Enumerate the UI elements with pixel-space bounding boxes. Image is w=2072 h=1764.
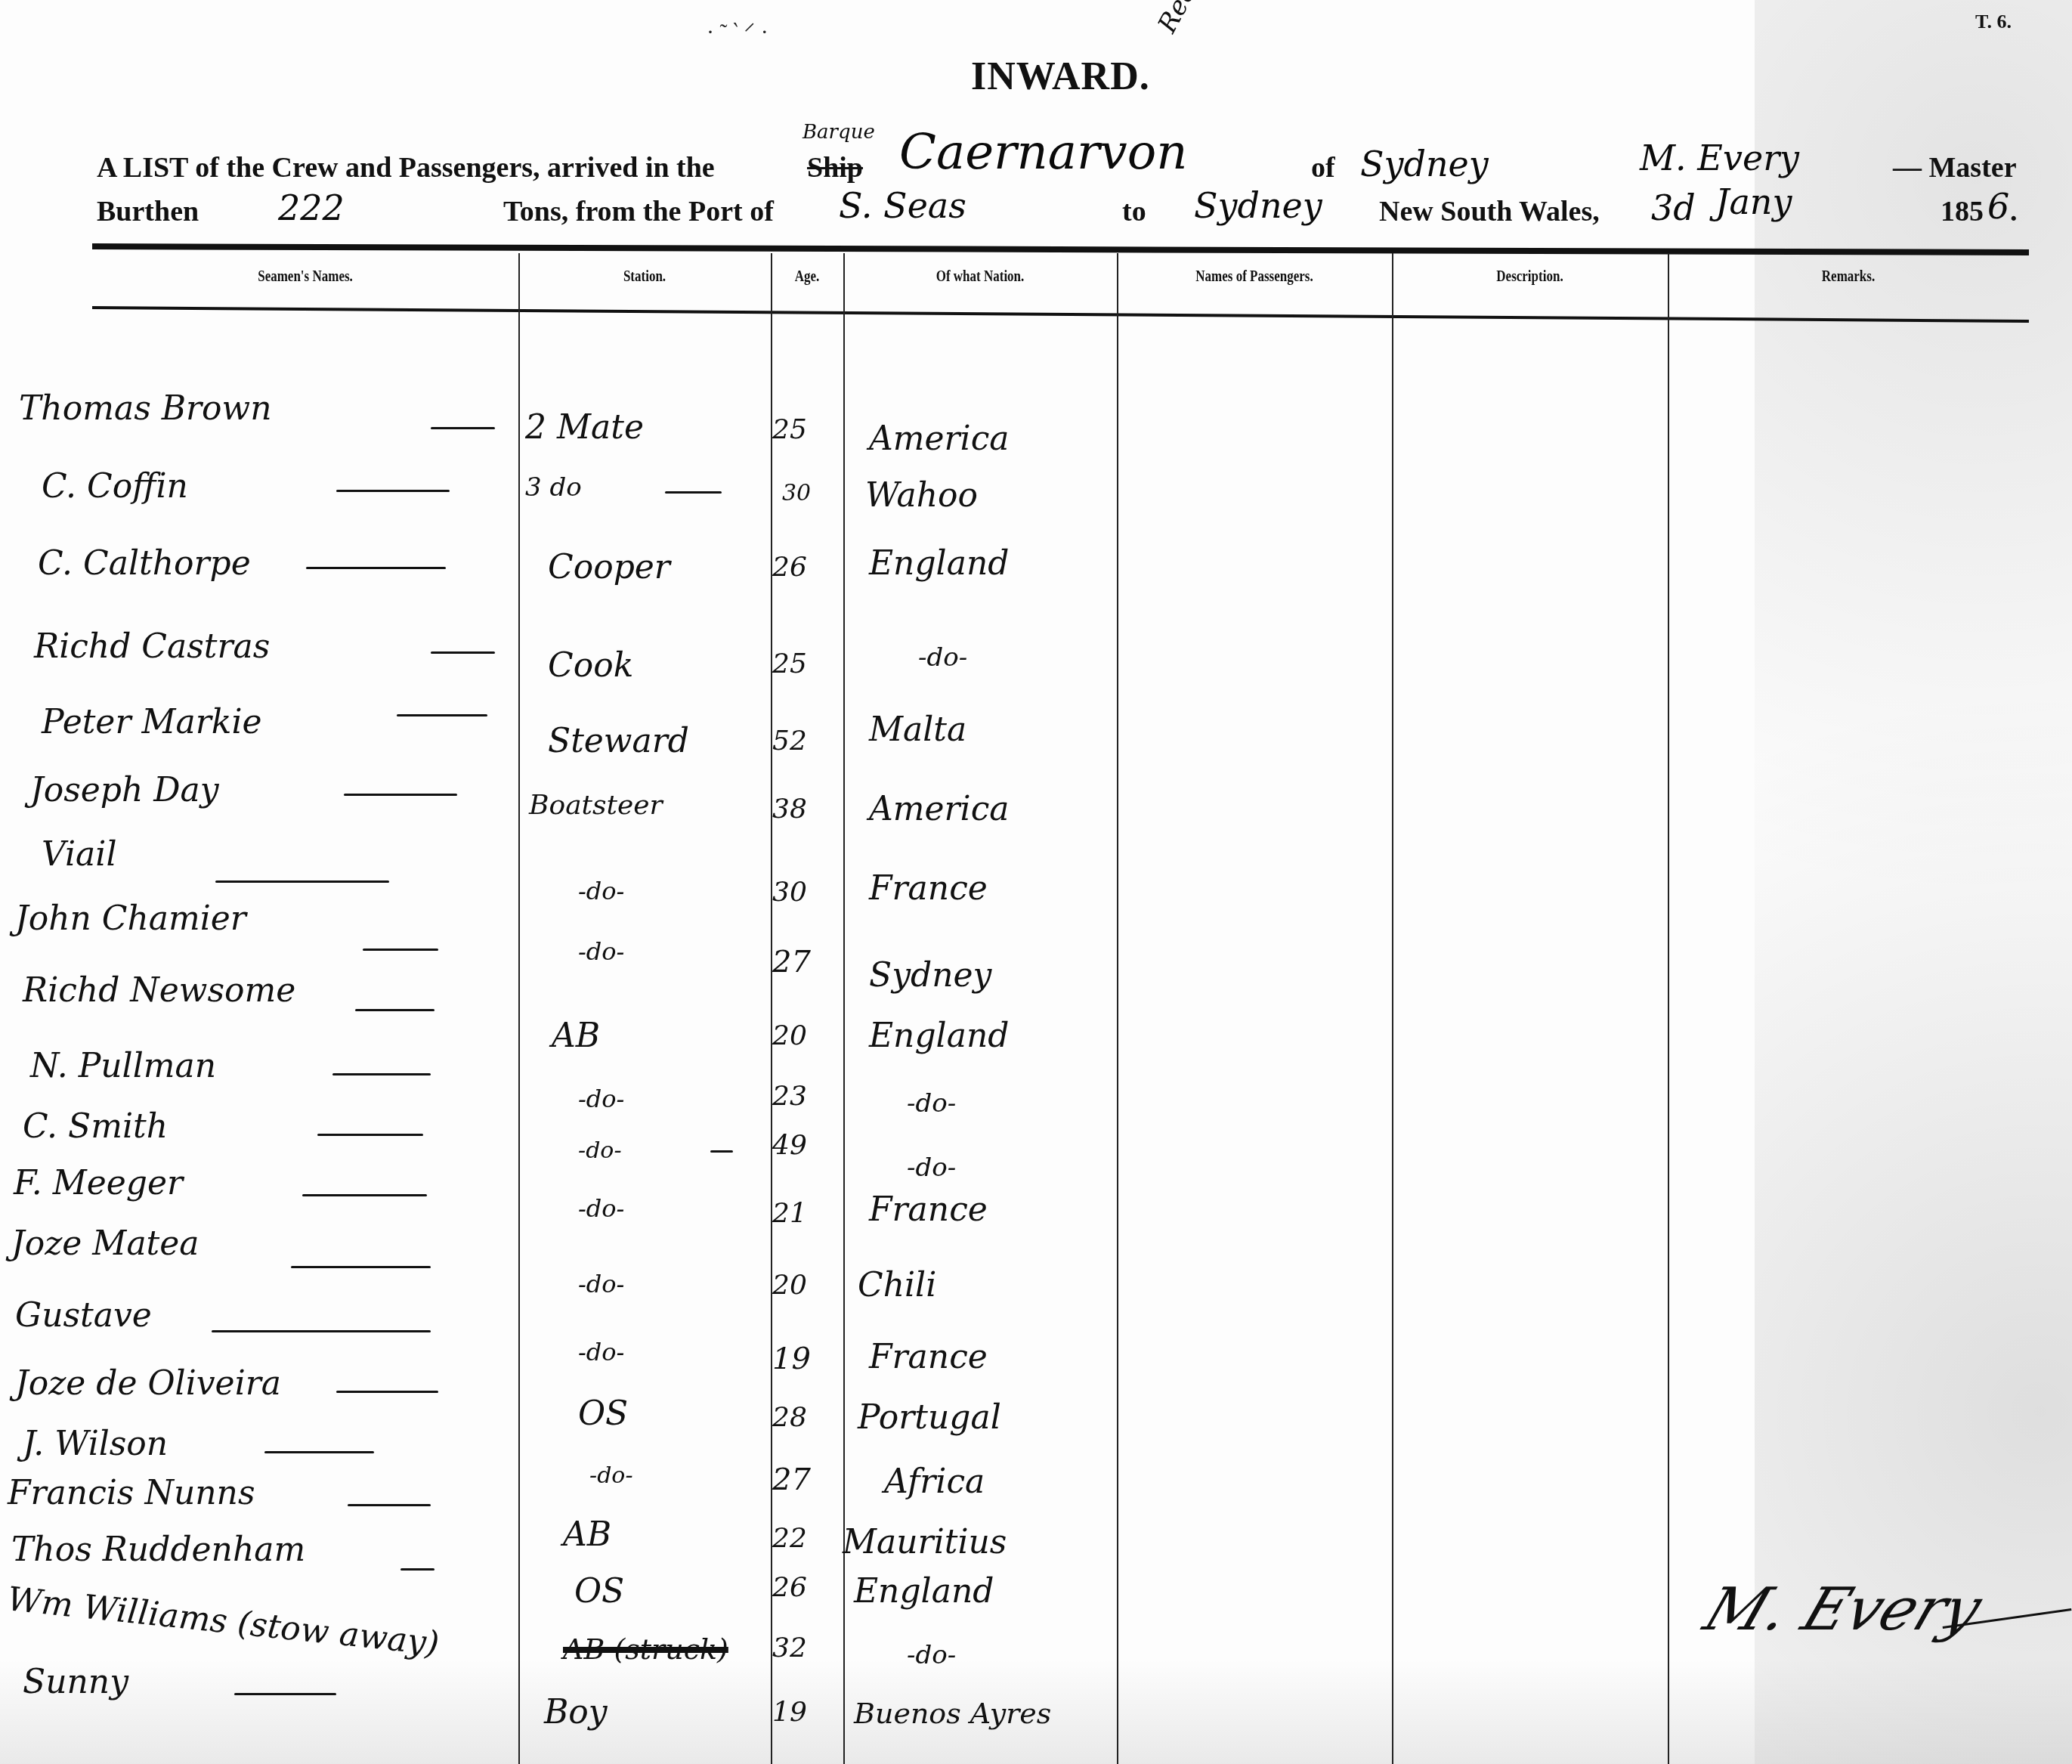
age: 23: [772, 1081, 807, 1112]
margin-notes: Recd 11 Jany 4 Novr BB: [1152, 0, 1327, 38]
age: 30: [782, 480, 811, 506]
seaman-name: Peter Markie: [42, 703, 262, 741]
to-port: Sydney: [1194, 185, 1322, 226]
station: OS: [578, 1394, 628, 1433]
form-reference: T. 6.: [1975, 11, 2012, 33]
nation: -do-: [907, 1088, 956, 1119]
seaman-name: John Chamier: [15, 899, 246, 938]
dash: [212, 1330, 431, 1332]
age: 32: [772, 1632, 807, 1663]
dash: [431, 651, 495, 654]
dash: [317, 1134, 423, 1136]
dash: [306, 567, 446, 569]
nation: France: [869, 1190, 988, 1229]
age: 27: [772, 945, 811, 979]
nation: France: [869, 869, 988, 908]
date-day: 3d: [1651, 187, 1696, 228]
seaman-name: Richd Castras: [34, 627, 270, 666]
dash: [336, 490, 450, 492]
column-header-nation: Of what Nation.: [864, 268, 1096, 286]
nation: -do-: [907, 1640, 956, 1670]
colony-label: New South Wales,: [1379, 195, 1600, 228]
column-header-description: Description.: [1412, 268, 1647, 286]
column-header-rule: [92, 306, 2029, 323]
age: 20: [772, 1270, 807, 1301]
tons-value: 222: [278, 187, 345, 228]
station: -do-: [589, 1462, 633, 1489]
station: -do-: [578, 877, 624, 905]
nation: Wahoo: [865, 476, 978, 515]
scan-noise-right: [1755, 0, 2072, 1764]
nation: France: [869, 1338, 988, 1376]
station: Cooper: [548, 548, 670, 586]
station: -do-: [578, 937, 624, 966]
master-name: M. Every: [1640, 138, 1799, 178]
document-title: INWARD.: [971, 54, 1150, 99]
year-end: .: [2010, 195, 2018, 228]
burthen-label: Burthen: [97, 195, 199, 228]
dash: [397, 714, 487, 716]
vessel-type-handwritten: Barque: [803, 121, 875, 144]
dash: [665, 491, 722, 494]
column-header-station: Station.: [537, 268, 752, 286]
seaman-name: N. Pullman: [30, 1047, 216, 1085]
station: AB: [563, 1515, 611, 1554]
dash: [336, 1391, 438, 1393]
station: Steward: [548, 722, 689, 760]
station: AB: [552, 1017, 600, 1055]
dash: [302, 1194, 427, 1196]
nation: -do-: [907, 1153, 956, 1183]
column-header-age: Age.: [776, 268, 838, 286]
of-label: of: [1311, 151, 1335, 184]
dash: [344, 794, 457, 796]
age: 22: [772, 1523, 807, 1554]
nation: England: [869, 544, 1009, 583]
station: -do-: [578, 1338, 624, 1366]
station: Boy: [544, 1693, 608, 1732]
dash: [355, 1009, 435, 1011]
tons-label: Tons, from the Port of: [503, 195, 774, 228]
seaman-name: Gustave: [15, 1296, 152, 1335]
seaman-name: J. Wilson: [23, 1425, 168, 1463]
dash: [400, 1568, 435, 1571]
nation: Chili: [858, 1266, 936, 1304]
to-label: to: [1122, 195, 1146, 228]
nation: America: [869, 790, 1010, 828]
age: 38: [772, 794, 807, 825]
vessel-type-printed: Ship: [807, 151, 863, 184]
nation: Sydney: [869, 956, 991, 995]
seaman-name: C. Calthorpe: [38, 544, 251, 583]
dash: [234, 1693, 336, 1695]
column-divider: [1117, 253, 1118, 1764]
station: -do-: [578, 1270, 624, 1298]
age: 25: [772, 414, 807, 445]
column-divider: [1668, 253, 1669, 1764]
seaman-name: C. Coffin: [42, 467, 188, 506]
station: 2 Mate: [525, 408, 644, 447]
seaman-name: C. Smith: [23, 1107, 168, 1146]
age: 27: [772, 1462, 811, 1497]
seaman-name: Francis Nunns: [8, 1474, 255, 1512]
nation: Africa: [884, 1462, 985, 1501]
age: 20: [772, 1020, 807, 1051]
age: 49: [772, 1130, 807, 1161]
nation: Mauritius: [843, 1523, 1007, 1561]
age: 26: [772, 552, 807, 583]
dash: [264, 1451, 374, 1453]
station: -do-: [578, 1194, 624, 1223]
age: 28: [772, 1402, 807, 1433]
station: Cook: [548, 646, 633, 685]
station: 3 do: [525, 472, 582, 503]
station: Boatsteer: [529, 790, 663, 821]
year-printed: 185: [1941, 195, 1984, 228]
year-handwritten-digit: 6: [1987, 186, 2009, 227]
dash: [431, 427, 495, 429]
seaman-name: F. Meeger: [14, 1164, 183, 1202]
column-divider: [1392, 253, 1393, 1764]
station: -do-: [578, 1085, 624, 1113]
seaman-name: Richd Newsome: [23, 971, 295, 1010]
from-port: S. Seas: [839, 185, 966, 226]
column-header-seamens-names: Seamen's Names.: [124, 268, 486, 286]
nation: Buenos Ayres: [854, 1697, 1051, 1730]
column-divider: [518, 253, 520, 1764]
seaman-name: Thomas Brown: [19, 389, 272, 428]
station: -do-: [578, 1137, 622, 1164]
list-prefix: A LIST of the Crew and Passengers, arriv…: [97, 151, 715, 184]
dash: [363, 949, 438, 951]
seaman-name: Joze de Oliveira: [15, 1364, 281, 1403]
seaman-name: Thos Ruddenham: [11, 1530, 305, 1569]
age: 19: [772, 1342, 811, 1376]
master-label: — Master: [1893, 151, 2017, 184]
seaman-name: Sunny: [23, 1663, 128, 1701]
date-month: Jany: [1715, 181, 1792, 222]
ship-name: Caernarvon: [899, 125, 1187, 181]
scan-marks: · ˜ ‵ ⸍ ·: [707, 15, 768, 46]
age: 26: [772, 1572, 807, 1603]
age: 19: [772, 1697, 807, 1728]
nation: England: [854, 1572, 994, 1611]
nation: England: [869, 1017, 1009, 1055]
dash: [332, 1073, 431, 1075]
seaman-name: Joze Matea: [11, 1224, 199, 1263]
station-struck: AB (struck): [563, 1632, 728, 1666]
nation: Portugal: [858, 1398, 1001, 1437]
header-rule: [92, 243, 2029, 255]
age: 52: [772, 726, 807, 757]
column-header-passenger-names: Names of Passengers.: [1137, 268, 1371, 286]
dash: [710, 1150, 733, 1153]
dash: [348, 1504, 431, 1506]
dash: [291, 1266, 431, 1268]
station: OS: [574, 1572, 624, 1611]
age: 25: [772, 648, 807, 679]
age: 30: [772, 877, 807, 908]
seaman-name: Viail: [42, 835, 116, 874]
nation: Malta: [869, 710, 966, 749]
seaman-name: Wm Williams (stow away): [5, 1580, 441, 1663]
home-port: Sydney: [1360, 144, 1489, 184]
nation: America: [869, 419, 1010, 458]
master-signature: M. Every: [1696, 1576, 1991, 1644]
seaman-name: Joseph Day: [30, 771, 219, 809]
dash: [215, 880, 389, 883]
nation: -do-: [918, 642, 967, 673]
column-header-remarks: Remarks.: [1695, 268, 2002, 286]
age: 21: [772, 1198, 807, 1229]
